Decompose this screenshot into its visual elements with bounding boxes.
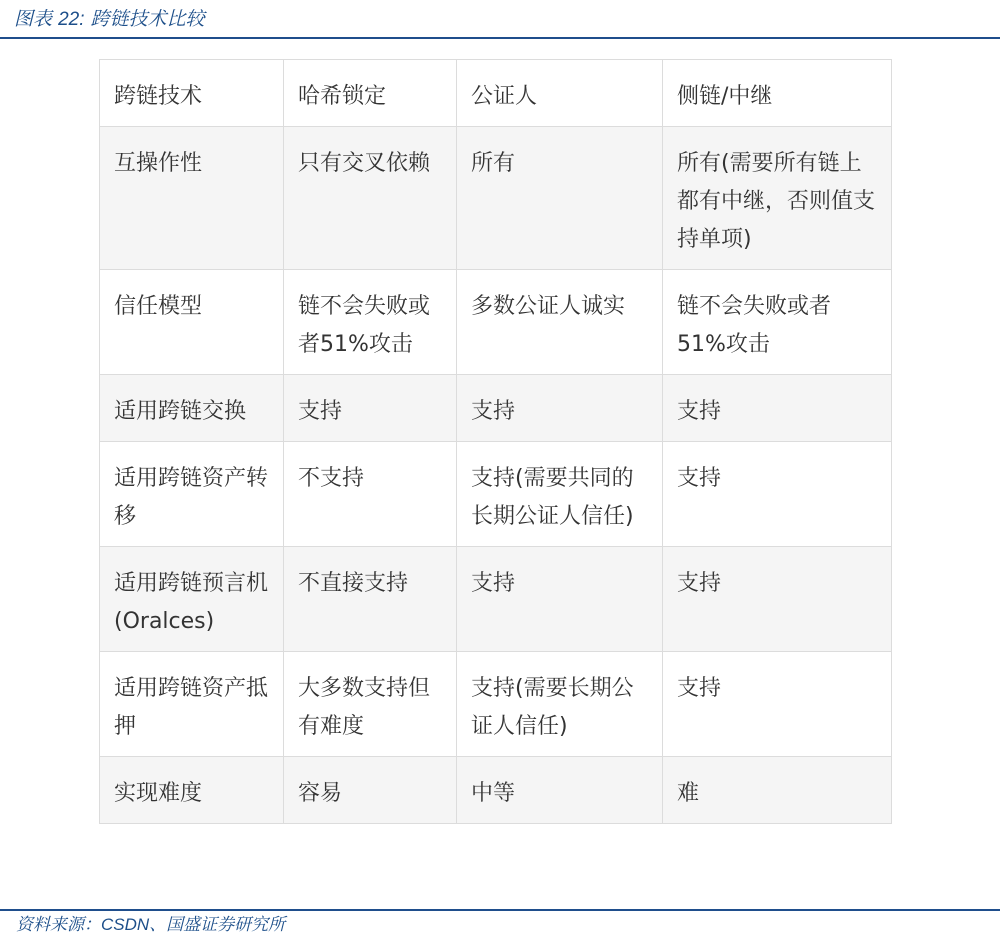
table-cell: 大多数支持但有难度	[284, 652, 457, 757]
table-cell: 所有	[457, 127, 663, 270]
table-cell: 支持	[663, 652, 892, 757]
table-cell: 支持	[457, 547, 663, 652]
row-label: 信任模型	[100, 270, 284, 375]
table-cell: 支持	[663, 547, 892, 652]
table-cell: 容易	[284, 757, 457, 824]
figure-title: 图表 22: 跨链技术比较	[14, 4, 205, 34]
figure-title-text: 跨链技术比较	[91, 8, 205, 30]
source-note: 资料来源：CSDN、国盛证券研究所	[16, 913, 285, 937]
source-rest: 、国盛证券研究所	[149, 915, 285, 935]
table-cell: 不直接支持	[284, 547, 457, 652]
table-cell: 不支持	[284, 442, 457, 547]
header-cell-hash-lock: 哈希锁定	[284, 60, 457, 127]
comparison-table: 跨链技术 哈希锁定 公证人 侧链/中继 互操作性 只有交叉依赖 所有 所有(需要…	[99, 59, 892, 824]
table-row: 互操作性 只有交叉依赖 所有 所有(需要所有链上都有中继，否则值支持单项)	[100, 127, 892, 270]
table-row: 适用跨链资产抵押 大多数支持但有难度 支持(需要长期公证人信任) 支持	[100, 652, 892, 757]
bottom-divider	[0, 909, 1000, 911]
row-label: 互操作性	[100, 127, 284, 270]
table-cell: 支持	[663, 442, 892, 547]
row-label: 适用跨链资产抵押	[100, 652, 284, 757]
table-cell: 支持(需要共同的长期公证人信任)	[457, 442, 663, 547]
header-cell-notary: 公证人	[457, 60, 663, 127]
table-cell: 支持	[663, 375, 892, 442]
table-cell: 支持	[284, 375, 457, 442]
source-csdn: CSDN	[101, 915, 149, 934]
header-cell-sidechain-relay: 侧链/中继	[663, 60, 892, 127]
table-cell: 所有(需要所有链上都有中继，否则值支持单项)	[663, 127, 892, 270]
table-cell: 支持	[457, 375, 663, 442]
table-row: 适用跨链资产转移 不支持 支持(需要共同的长期公证人信任) 支持	[100, 442, 892, 547]
row-label: 适用跨链交换	[100, 375, 284, 442]
row-label: 适用跨链预言机(Oralces)	[100, 547, 284, 652]
source-label: 资料来源：	[16, 915, 101, 935]
table-row: 信任模型 链不会失败或者51%攻击 多数公证人诚实 链不会失败或者51%攻击	[100, 270, 892, 375]
row-label: 实现难度	[100, 757, 284, 824]
table-cell: 多数公证人诚实	[457, 270, 663, 375]
table-cell: 难	[663, 757, 892, 824]
figure-title-prefix: 图表	[14, 8, 52, 30]
table-row: 适用跨链交换 支持 支持 支持	[100, 375, 892, 442]
table-header-row: 跨链技术 哈希锁定 公证人 侧链/中继	[100, 60, 892, 127]
row-label: 适用跨链资产转移	[100, 442, 284, 547]
figure-number: 22:	[58, 9, 84, 30]
table-cell: 只有交叉依赖	[284, 127, 457, 270]
table-cell: 链不会失败或者51%攻击	[663, 270, 892, 375]
table-cell: 支持(需要长期公证人信任)	[457, 652, 663, 757]
header-cell-tech: 跨链技术	[100, 60, 284, 127]
table-row: 实现难度 容易 中等 难	[100, 757, 892, 824]
table-row: 适用跨链预言机(Oralces) 不直接支持 支持 支持	[100, 547, 892, 652]
table-cell: 中等	[457, 757, 663, 824]
table-cell: 链不会失败或者51%攻击	[284, 270, 457, 375]
top-divider	[0, 37, 1000, 39]
